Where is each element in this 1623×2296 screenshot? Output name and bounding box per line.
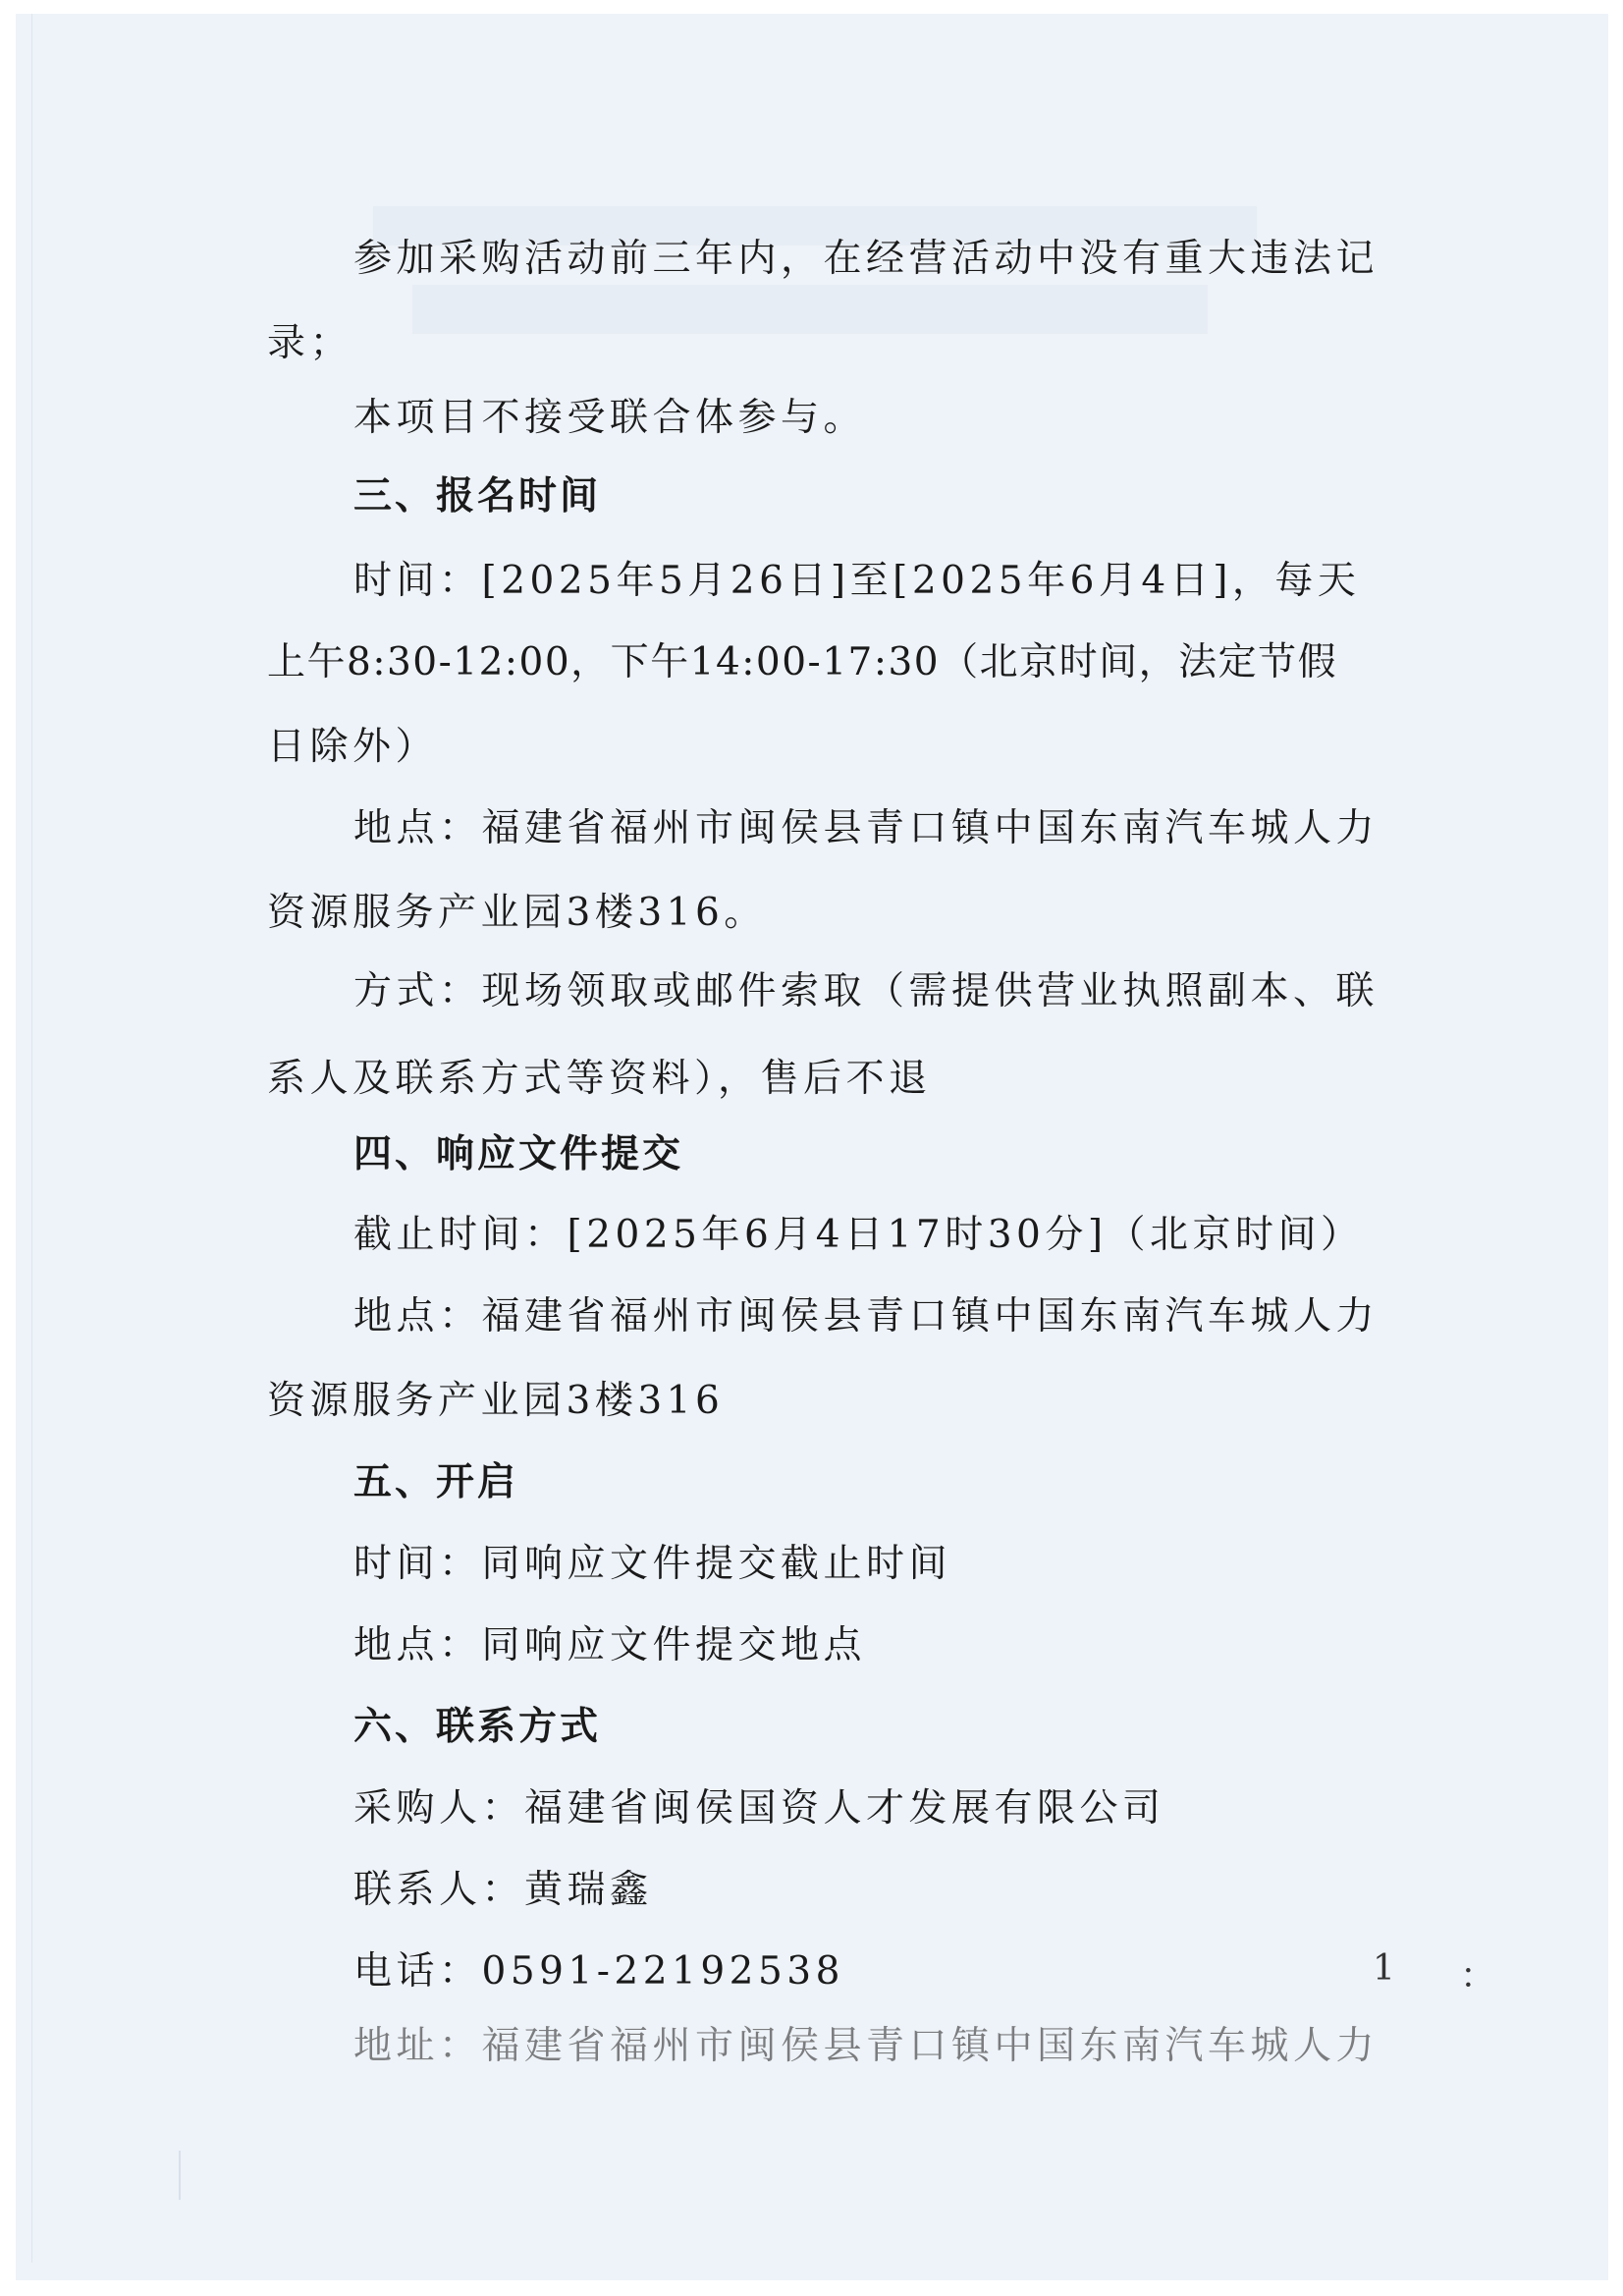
contact-person: 联系人：黄瑞鑫 [353, 1866, 1492, 1915]
contact-address: 地址：福建省福州市闽侯县青口镇中国东南汽车城人力 [353, 2022, 1492, 2071]
section-heading-submission: 四、响应文件提交 [353, 1130, 1492, 1179]
paragraph-line: 地点：福建省福州市闽侯县青口镇中国东南汽车城人力 [353, 1292, 1492, 1341]
paragraph-line: 资源服务产业园3楼316。 [267, 889, 1406, 938]
scan-edge-line [31, 14, 32, 2263]
section-heading-opening: 五、开启 [353, 1458, 1492, 1507]
paragraph-line: 系人及联系方式等资料），售后不退 [267, 1055, 1406, 1104]
section-heading-contact: 六、联系方式 [353, 1703, 1492, 1752]
paragraph-line: 地点：同响应文件提交地点 [353, 1621, 1492, 1670]
stray-mark: ： [1460, 1948, 1495, 1998]
paragraph-line: 时间：同响应文件提交截止时间 [353, 1540, 1492, 1589]
paragraph-line: 截止时间：[2025年6月4日17时30分]（北京时间） [353, 1211, 1492, 1260]
paragraph-line: 上午8:30-12:00，下午14:00-17:30（北京时间，法定节假 [267, 638, 1406, 687]
paragraph-line: 日除外） [267, 723, 1406, 772]
paragraph-line: 本项目不接受联合体参与。 [353, 394, 1492, 443]
scan-artifact-line [179, 2151, 181, 2200]
contact-purchaser: 采购人：福建省闽侯国资人才发展有限公司 [353, 1784, 1492, 1833]
paragraph-line: 地点：福建省福州市闽侯县青口镇中国东南汽车城人力 [353, 804, 1492, 853]
paragraph-line: 资源服务产业园3楼316 [267, 1377, 1406, 1426]
paragraph-line: 参加采购活动前三年内，在经营活动中没有重大违法记 [353, 235, 1492, 284]
section-heading-registration: 三、报名时间 [353, 472, 1492, 521]
stray-mark: 1 [1373, 1948, 1395, 1989]
contact-phone: 电话：0591-22192538 [353, 1947, 1492, 1996]
paragraph-line: 方式：现场领取或邮件索取（需提供营业执照副本、联 [353, 967, 1492, 1016]
paragraph-line: 录； [267, 319, 1406, 368]
paragraph-line: 时间：[2025年5月26日]至[2025年6月4日]，每天 [353, 557, 1492, 606]
